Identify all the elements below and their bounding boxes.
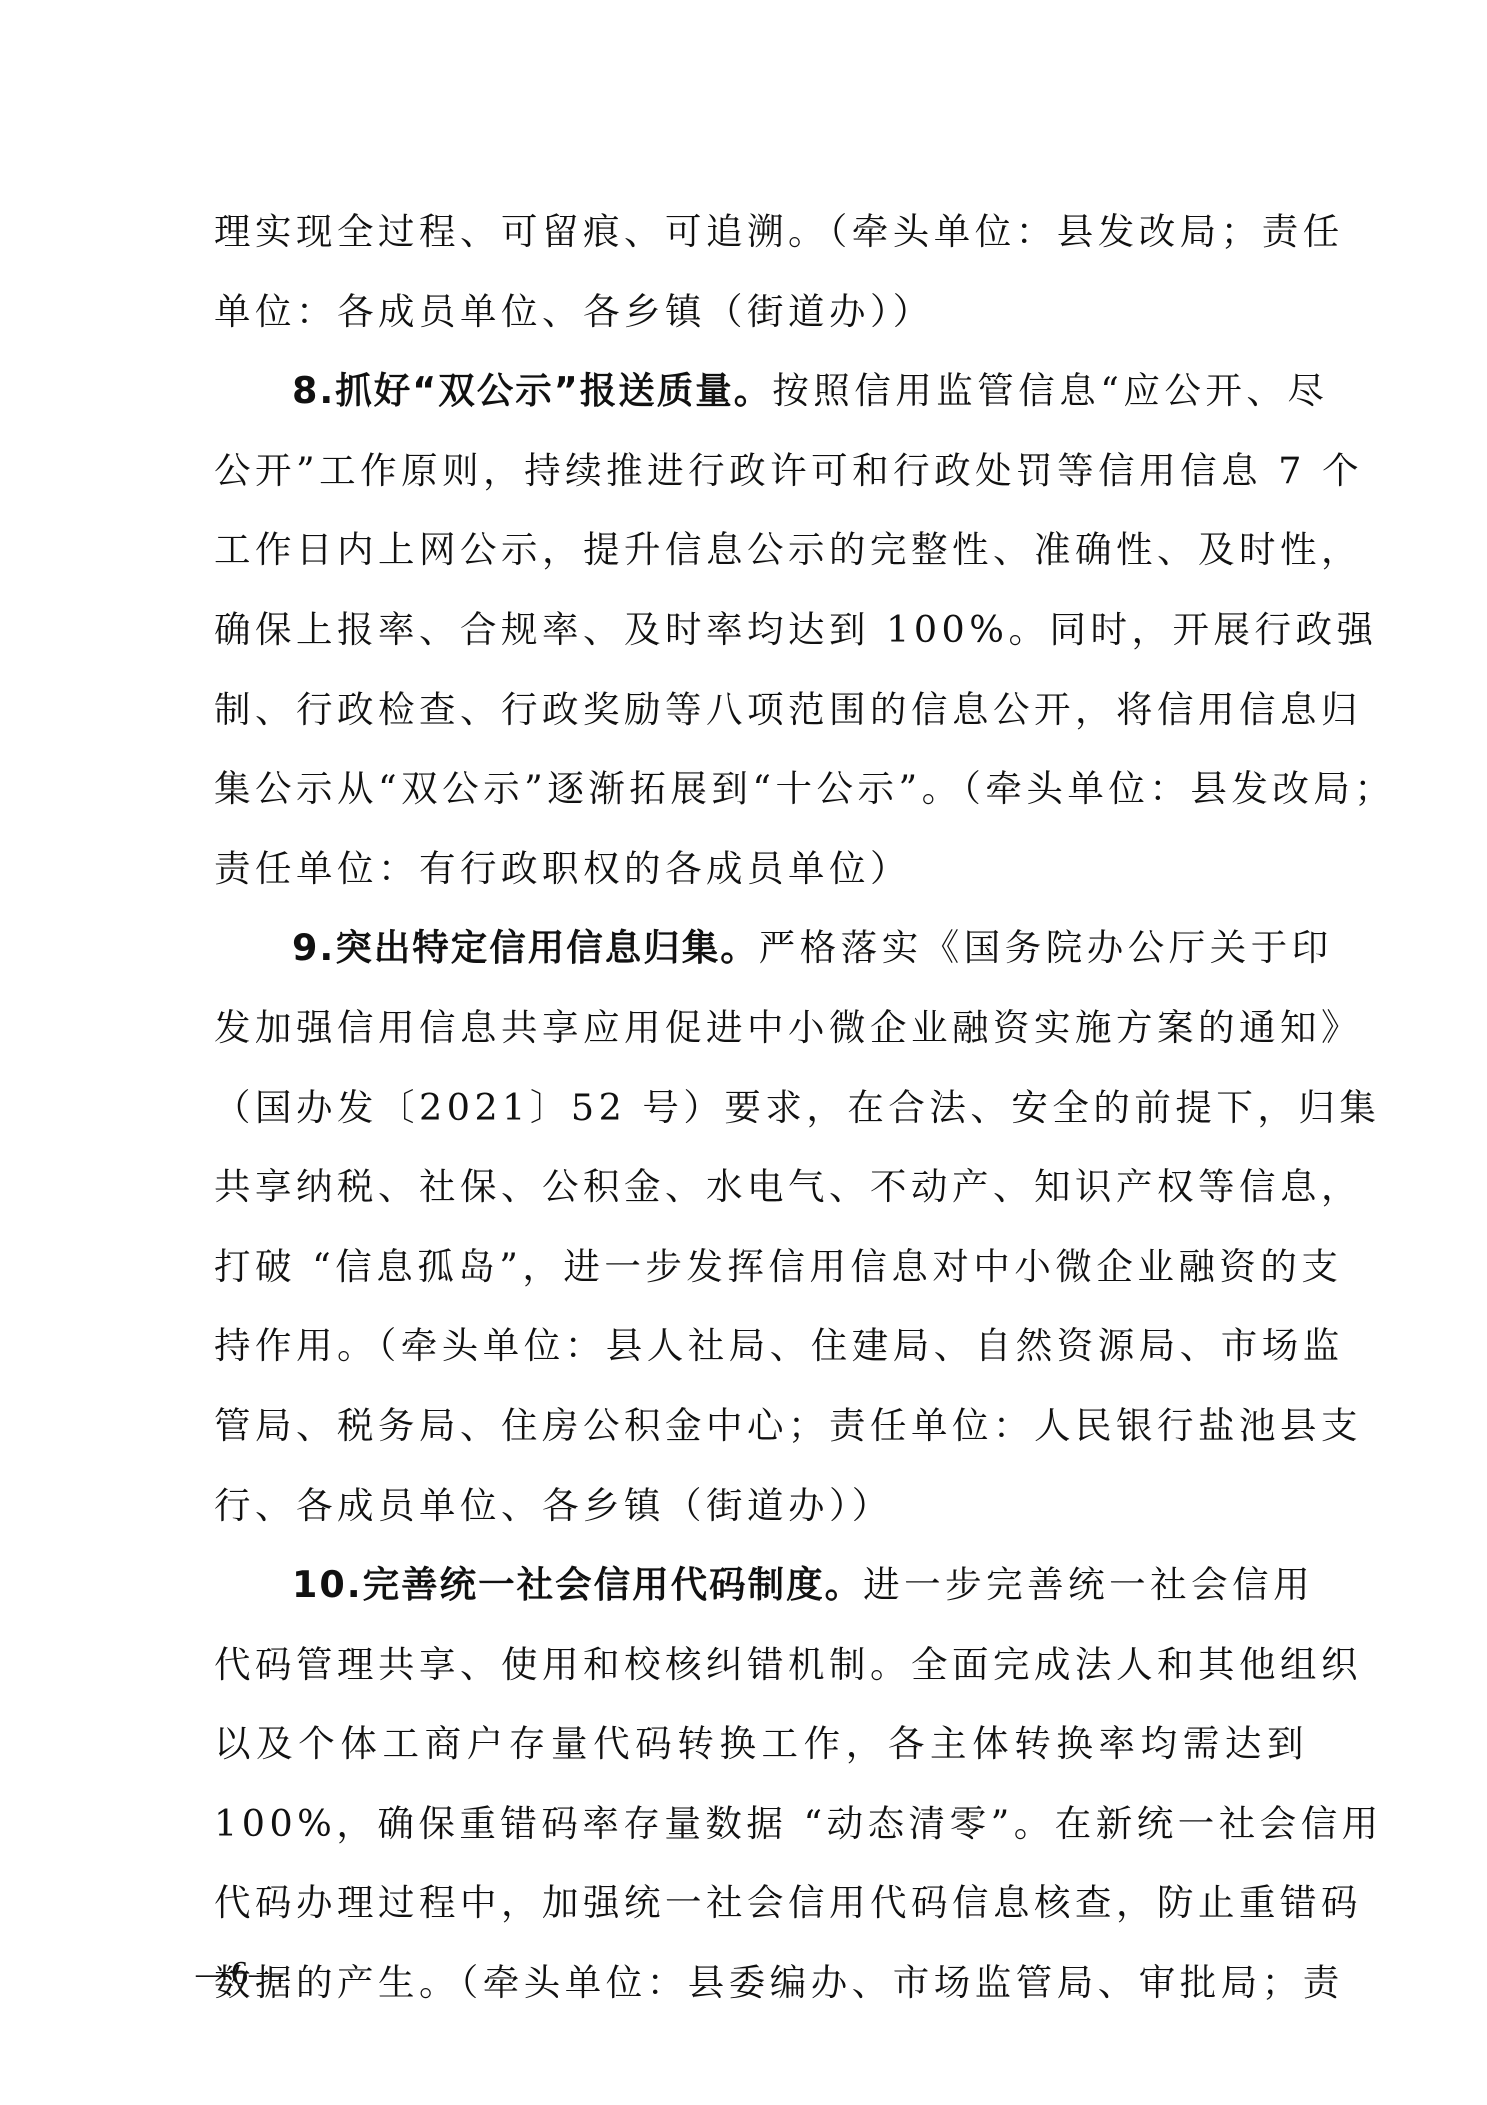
document-page: 理实现全过程、可留痕、可追溯。（牵头单位：县发改局；责任 单位：各成员单位、各乡…	[214, 192, 1308, 2023]
text-line: 管局、税务局、住房公积金中心；责任单位：人民银行盐池县支	[214, 1386, 1308, 1466]
text-line-first: 8.抓好“双公示”报送质量。按照信用监管信息“应公开、尽	[214, 351, 1308, 431]
text-line: 公开”工作原则，持续推进行政许可和行政处罚等信用信息 7 个	[214, 431, 1308, 511]
text-line-first: 9.突出特定信用信息归集。严格落实《国务院办公厅关于印	[214, 908, 1308, 988]
text-line: 单位：各成员单位、各乡镇（街道办））	[214, 272, 1308, 352]
text-line: 代码管理共享、使用和校核纠错机制。全面完成法人和其他组织	[214, 1625, 1308, 1705]
text-run: 按照信用监管信息“应公开、尽	[772, 369, 1328, 412]
text-line: 共享纳税、社保、公积金、水电气、不动产、知识产权等信息，	[214, 1147, 1308, 1227]
paragraph-item-10: 10.完善统一社会信用代码制度。进一步完善统一社会信用 代码管理共享、使用和校核…	[214, 1545, 1308, 2023]
text-line: 工作日内上网公示，提升信息公示的完整性、准确性、及时性，	[214, 510, 1308, 590]
text-run: 进一步完善统一社会信用	[863, 1563, 1314, 1606]
paragraph-item-8: 8.抓好“双公示”报送质量。按照信用监管信息“应公开、尽 公开”工作原则，持续推…	[214, 351, 1308, 908]
text-run: 严格落实《国务院办公厅关于印	[759, 926, 1333, 969]
text-line: 制、行政检查、行政奖励等八项范围的信息公开，将信用信息归	[214, 670, 1308, 750]
text-line: 发加强信用信息共享应用促进中小微企业融资实施方案的通知》	[214, 988, 1308, 1068]
text-line: 代码办理过程中，加强统一社会信用代码信息核查，防止重错码	[214, 1863, 1308, 1943]
text-line: 确保上报率、合规率、及时率均达到 100%。同时，开展行政强	[214, 590, 1308, 670]
item-heading: 8.抓好“双公示”报送质量。	[292, 369, 772, 412]
text-line-first: 10.完善统一社会信用代码制度。进一步完善统一社会信用	[214, 1545, 1308, 1625]
text-line: 打破 “信息孤岛”，进一步发挥信用信息对中小微企业融资的支	[214, 1227, 1308, 1307]
text-line: （国办发〔2021〕52 号）要求，在合法、安全的前提下，归集	[214, 1068, 1308, 1148]
text-line: 100%，确保重错码率存量数据 “动态清零”。在新统一社会信用	[214, 1784, 1308, 1864]
text-line: 集公示从“双公示”逐渐拓展到“十公示”。（牵头单位：县发改局；	[214, 749, 1308, 829]
item-heading: 10.完善统一社会信用代码制度。	[292, 1563, 863, 1606]
text-line: 持作用。（牵头单位：县人社局、住建局、自然资源局、市场监	[214, 1306, 1308, 1386]
text-line: 行、各成员单位、各乡镇（街道办））	[214, 1466, 1308, 1546]
text-line: 以及个体工商户存量代码转换工作，各主体转换率均需达到	[214, 1704, 1308, 1784]
paragraph-item-9: 9.突出特定信用信息归集。严格落实《国务院办公厅关于印 发加强信用信息共享应用促…	[214, 908, 1308, 1545]
text-line: 数据的产生。（牵头单位：县委编办、市场监管局、审批局；责	[214, 1943, 1308, 2023]
paragraph-item-7-continuation: 理实现全过程、可留痕、可追溯。（牵头单位：县发改局；责任 单位：各成员单位、各乡…	[214, 192, 1308, 351]
text-line: 责任单位：有行政职权的各成员单位）	[214, 829, 1308, 909]
item-heading: 9.突出特定信用信息归集。	[292, 926, 759, 969]
text-line: 理实现全过程、可留痕、可追溯。（牵头单位：县发改局；责任	[214, 192, 1308, 272]
page-number: —6—	[196, 1955, 284, 1993]
